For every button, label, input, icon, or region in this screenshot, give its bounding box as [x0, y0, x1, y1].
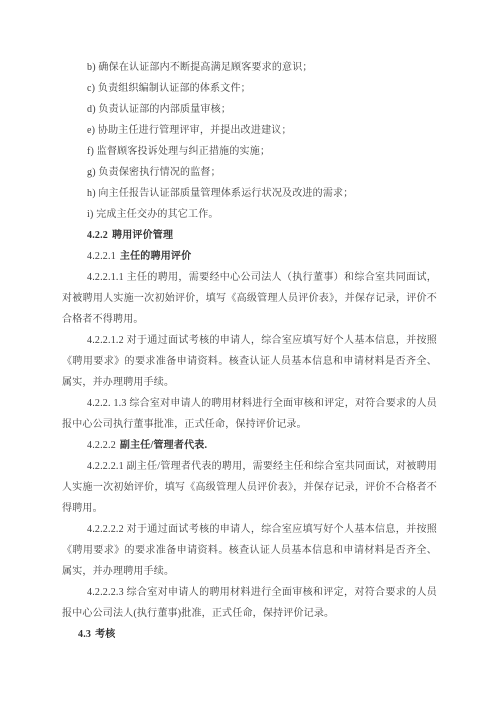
section-title: 聘用评价管理: [112, 230, 173, 241]
list-item: f) 监督顾客投诉处理与纠正措施的实施；: [62, 141, 437, 162]
section-title: 副主任/管理者代表.: [120, 440, 207, 451]
paragraph: 4.2.2.2.1 副主任/管理者代表的聘用，需要经主任和综合室共同面试，对被聘…: [62, 456, 437, 519]
list-item: e) 协助主任进行管理评审，并提出改进建议；: [62, 120, 437, 141]
list-item: h) 向主任报告认证部质量管理体系运行状况及改进的需求；: [62, 183, 437, 204]
section-title: 考核: [95, 629, 115, 640]
paragraph: 4.2.2.1.2 对于通过面试考核的申请人，综合室应填写好个人基本信息，并按照…: [62, 330, 437, 393]
section-number: 4.2.2: [87, 230, 108, 241]
section-heading-4-2-2: 4.2.2聘用评价管理: [62, 225, 437, 246]
list-item: c) 负责组织编制认证部的体系文件；: [62, 78, 437, 99]
list-item: b) 确保在认证部内不断提高满足顾客要求的意识；: [62, 57, 437, 78]
list-item: d) 负责认证部的内部质量审核；: [62, 99, 437, 120]
list-item: g) 负责保密执行情况的监督；: [62, 162, 437, 183]
paragraph: 4.2.2.2.3 综合室对申请人的聘用材料进行全面审核和评定，对符合要求的人员…: [62, 582, 437, 624]
document-page: b) 确保在认证部内不断提高满足顾客要求的意识； c) 负责组织编制认证部的体系…: [0, 0, 500, 707]
section-number: 4.2.2.1: [87, 251, 116, 262]
section-number: 4.2.2.2: [87, 440, 116, 451]
section-title: 主任的聘用评价: [120, 251, 191, 262]
paragraph: 4.2.2. 1.3 综合室对申请人的聘用材料进行全面审核和评定，对符合要求的人…: [62, 393, 437, 435]
paragraph: 4.2.2.1.1 主任的聘用，需要经中心公司法人（执行董事）和综合室共同面试，…: [62, 267, 437, 330]
section-number: 4.3: [78, 629, 91, 640]
section-heading-4-2-2-1: 4.2.2.1主任的聘用评价: [62, 246, 437, 267]
paragraph: 4.2.2.2.2 对于通过面试考核的申请人，综合室应填写好个人基本信息，并按照…: [62, 519, 437, 582]
section-heading-4-2-2-2: 4.2.2.2副主任/管理者代表.: [62, 435, 437, 456]
section-heading-4-3: 4.3考核: [62, 624, 437, 645]
list-item: i) 完成主任交办的其它工作。: [62, 204, 437, 225]
